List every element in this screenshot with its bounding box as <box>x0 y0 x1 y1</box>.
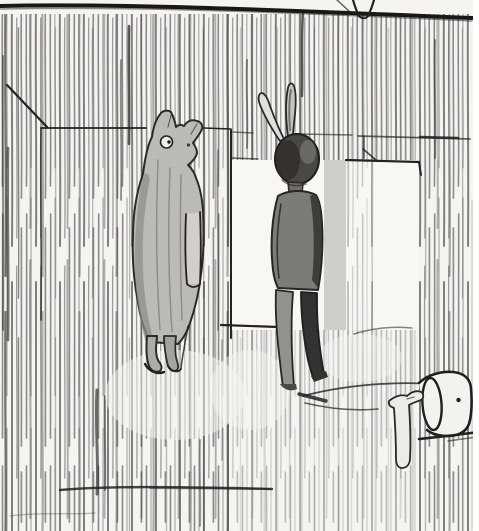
fallen-figure-eye <box>456 398 460 402</box>
cat-pupil <box>167 140 170 143</box>
pencil-sketch <box>0 0 479 531</box>
doorway-shadow-band <box>324 160 346 330</box>
sketch-panel <box>0 0 479 531</box>
rabbit-face-shading <box>276 140 300 180</box>
cat-arm-highlight <box>186 212 200 284</box>
doorway-divider-line <box>372 162 373 329</box>
paper-edge-strip <box>473 0 479 531</box>
cat-far-eye-dot <box>187 143 190 146</box>
rabbit-cheek-highlight <box>300 140 316 164</box>
